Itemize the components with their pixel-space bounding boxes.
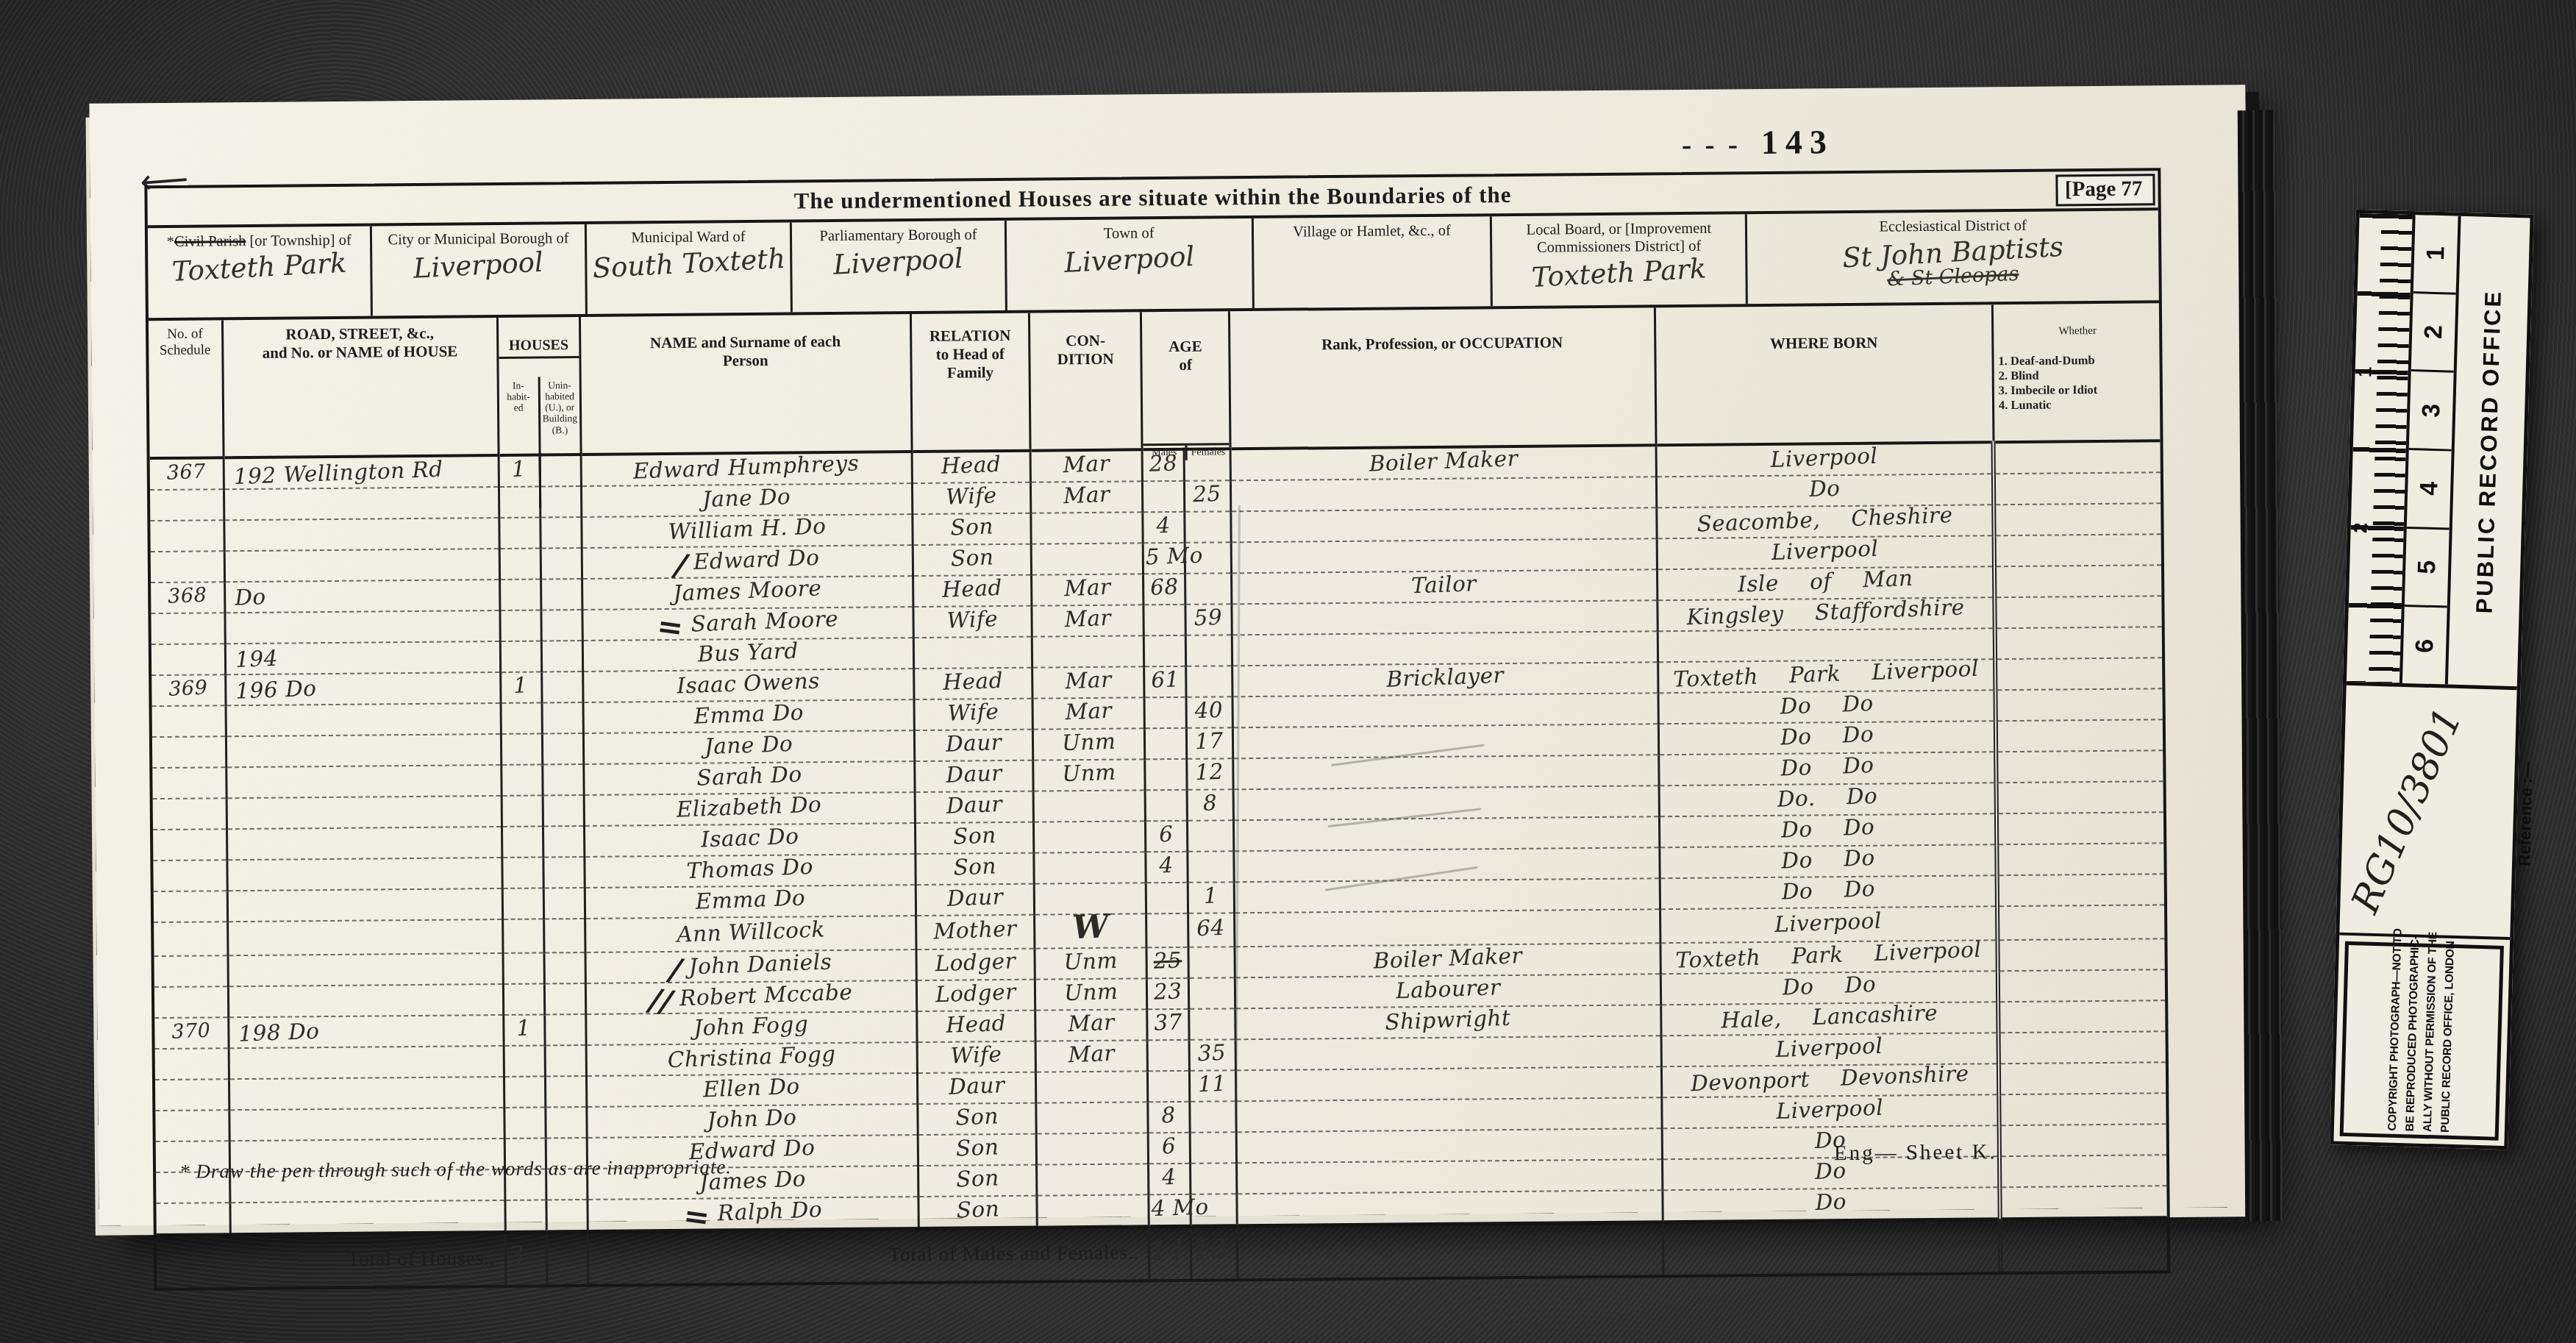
cell-inhabited <box>499 549 540 580</box>
cell-road <box>224 487 499 520</box>
cell-whether <box>1997 844 2164 876</box>
cell-age-female: 64 <box>1188 913 1235 948</box>
cell-age-male <box>1148 1071 1189 1102</box>
cell-relation: Head <box>916 1011 1035 1042</box>
cell-name: William H. Do <box>582 515 913 549</box>
cell-uninhabited <box>540 548 582 579</box>
cell-schedule <box>155 1080 229 1111</box>
cell-whether <box>1999 1155 2166 1188</box>
col-whether: Whether 1. Deaf-and-Dumb 2. Blind 3. Imb… <box>1992 303 2160 442</box>
cell-inhabited <box>499 518 540 549</box>
cell-road: 198 Do <box>228 1015 503 1048</box>
cell-age-female: 11 <box>1189 1071 1235 1102</box>
ruler-cm-number: 6 <box>2402 607 2447 684</box>
cell-occupation <box>1230 508 1657 543</box>
cell-whether <box>1997 782 2163 814</box>
cell-uninhabited <box>543 857 585 888</box>
cell-schedule: 370 <box>154 1018 229 1050</box>
cell-road: Do <box>224 580 499 613</box>
cell-age-female <box>1188 1009 1235 1041</box>
district-header-row: *Civil Parish [or Township] ofToxteth Pa… <box>148 210 2159 321</box>
census-rows: 367192 Wellington Rd1Edward HumphreysHea… <box>150 441 2167 1236</box>
district-cell: City or Municipal Borough ofLiverpool <box>370 224 585 316</box>
cell-whether <box>1995 596 2162 629</box>
col-females: Females <box>1185 445 1230 460</box>
cell-relation: Son <box>915 822 1034 854</box>
cell-condition <box>1034 852 1146 884</box>
cell-relation: Wife <box>917 1041 1036 1073</box>
cell-name: Isaac Owens <box>582 669 913 703</box>
cell-relation: Daur <box>915 791 1034 823</box>
cell-age-male <box>1146 790 1187 821</box>
cell-occupation: Labourer <box>1235 975 1661 1009</box>
cell-whether <box>1999 1032 2166 1064</box>
cell-occupation <box>1232 601 1658 635</box>
district-label: Village or Hamlet, &c., of <box>1254 221 1491 241</box>
reference-handwritten: RG10/3801 <box>2334 680 2480 941</box>
cell-age-male: 25 <box>1146 947 1188 978</box>
cell-condition <box>1034 822 1146 853</box>
cell-uninhabited <box>541 641 582 671</box>
cell-road <box>230 1200 505 1235</box>
cell-occupation <box>1233 786 1660 821</box>
district-value: Liverpool <box>1006 238 1252 282</box>
cell-age-female <box>1185 635 1232 667</box>
cell-uninhabited <box>541 610 582 641</box>
cell-road <box>226 734 501 767</box>
cell-occupation <box>1232 755 1659 790</box>
cell-born: Do <box>1663 1188 2000 1223</box>
houses-group-title: HOUSES <box>499 335 579 360</box>
cell-born: Do Do <box>1659 752 1997 786</box>
cell-name: Ellen Do <box>586 1073 917 1107</box>
cell-inhabited: 1 <box>503 1015 544 1046</box>
cell-uninhabited <box>543 919 585 952</box>
cell-age-female: 17 <box>1186 728 1232 760</box>
cell-whether <box>1996 720 2163 752</box>
cell-born: Hale, Lancashire <box>1661 1002 1999 1036</box>
cell-whether <box>1999 1094 2166 1126</box>
district-value: Toxteth Park <box>1492 251 1747 296</box>
cell-schedule: 368 <box>151 583 225 614</box>
cell-whether <box>1994 504 2161 536</box>
stamp-copyright-section: COPYRIGHT PHOTOGRAPH—NOT TOBE REPRODUCED… <box>2340 941 2504 1141</box>
cell-whether <box>1995 627 2162 660</box>
cell-road <box>227 919 502 955</box>
ruler-cm-number: 2 <box>2411 293 2456 373</box>
cell-road <box>226 703 501 736</box>
cell-born: Toxteth Park Liverpool <box>1658 660 1996 694</box>
cell-relation: Son <box>916 853 1035 885</box>
ruler-cm-number: 3 <box>2409 371 2454 451</box>
ruler-inch-number: 2 <box>2349 522 2372 533</box>
cell-occupation <box>1235 1067 1662 1102</box>
district-cell: Local Board, or [Improvement Commissione… <box>1490 214 1746 306</box>
cell-schedule <box>153 830 227 861</box>
cell-relation: Daur <box>914 760 1033 792</box>
cell-occupation <box>1233 817 1660 852</box>
district-cell: Ecclesiastical District ofSt John Baptis… <box>1745 210 2159 304</box>
cell-uninhabited <box>545 1045 586 1076</box>
form-caption: The undermentioned Houses are situate wi… <box>794 182 1512 214</box>
cell-inhabited <box>504 1046 545 1077</box>
cell-schedule: 369 <box>151 675 226 707</box>
footnote: * Draw the pen through such of the words… <box>179 1155 732 1183</box>
column-headers: No. of Schedule ROAD, STREET, &c., and N… <box>149 303 2161 458</box>
cell-schedule <box>156 1203 230 1236</box>
col-road: ROAD, STREET, &c., and No. or NAME of HO… <box>222 318 498 458</box>
cell-relation: Lodger <box>916 949 1035 980</box>
district-cell: Parliamentary Borough ofLiverpool <box>790 221 1005 313</box>
cell-whether <box>1996 658 2163 691</box>
cell-schedule <box>152 768 226 799</box>
cell-age-female <box>1190 1133 1236 1164</box>
cell-inhabited <box>501 703 542 734</box>
cell-age-female <box>1184 512 1230 544</box>
cell-age-female <box>1185 574 1231 605</box>
cell-born: Do Do <box>1660 876 1997 910</box>
cell-age-female <box>1188 947 1234 979</box>
household-separator-mark: = <box>683 1208 711 1225</box>
cell-uninhabited <box>541 671 582 702</box>
census-table: No. of Schedule ROAD, STREET, &c., and N… <box>149 303 2167 1288</box>
cell-occupation <box>1231 539 1658 574</box>
cell-uninhabited <box>540 517 581 548</box>
district-value: South Toxteth <box>586 243 791 285</box>
cell-relation: Wife <box>914 699 1033 730</box>
district-cell: *Civil Parish [or Township] ofToxteth Pa… <box>148 226 371 318</box>
cell-relation <box>913 637 1032 669</box>
col-inhabited: In- habit- ed <box>499 377 539 508</box>
cell-road <box>226 765 502 798</box>
whether-options: 1. Deaf-and-Dumb 2. Blind 3. Imbecile or… <box>1998 353 2097 413</box>
cell-age-female: 35 <box>1189 1040 1235 1072</box>
cell-schedule <box>151 644 226 676</box>
cell-whether <box>1999 1001 2166 1033</box>
cell-whether <box>1999 1063 2166 1095</box>
cell-name: Bus Yard <box>582 638 913 672</box>
cell-name: =Ralph Do <box>588 1197 918 1231</box>
cell-inhabited <box>502 827 543 858</box>
cell-condition: W <box>1035 914 1147 949</box>
cell-relation: Daur <box>917 1072 1036 1104</box>
copyright-notice: COPYRIGHT PHOTOGRAPH—NOT TOBE REPRODUCED… <box>2384 950 2460 1133</box>
cell-occupation <box>1236 1160 1663 1194</box>
cell-born: Liverpool <box>1662 1095 1999 1129</box>
census-form: The undermentioned Houses are situate wi… <box>144 168 2170 1291</box>
cell-name: /Edward Do <box>582 546 913 580</box>
col-houses-group: HOUSES In- habit- ed Unin- habited (U.),… <box>497 317 581 455</box>
cell-schedule <box>153 799 227 830</box>
cell-road: 192 Wellington Rd <box>224 455 499 489</box>
cell-road <box>227 888 502 922</box>
cell-relation: Wife <box>912 482 1031 514</box>
cell-age-male: 4 Mo <box>1149 1194 1190 1227</box>
cell-name: Edward Humphreys <box>581 452 912 487</box>
cell-schedule <box>154 987 229 1019</box>
cell-relation: Son <box>918 1103 1037 1135</box>
cell-inhabited <box>504 1077 545 1108</box>
cell-relation: Lodger <box>916 980 1035 1011</box>
cell-whether <box>1997 874 2164 907</box>
cell-condition: Mar <box>1031 482 1143 513</box>
cell-age-male: 4 <box>1149 1164 1190 1194</box>
household-separator-mark: / <box>669 962 682 978</box>
cell-uninhabited <box>544 952 585 983</box>
cell-condition: Mar <box>1030 450 1143 482</box>
cell-road <box>227 858 502 891</box>
cell-whether <box>1994 535 2161 567</box>
cell-condition: Mar <box>1035 1041 1148 1072</box>
cell-occupation <box>1235 1098 1662 1133</box>
cell-uninhabited <box>540 579 582 610</box>
cell-relation: Son <box>913 513 1032 545</box>
cell-occupation <box>1235 1036 1662 1071</box>
census-sheet: - - -143 ⟵ The undermentioned Houses are… <box>89 85 2255 1226</box>
cell-condition: Mar <box>1032 574 1144 606</box>
cell-condition: Mar <box>1032 667 1145 699</box>
cell-condition <box>1033 791 1146 822</box>
folio-dots: - - - <box>1682 127 1741 161</box>
col-age-group: AGE of Males Females <box>1141 311 1230 449</box>
ruler-inch-number: 1 <box>2353 366 2376 377</box>
cell-name: Elizabeth Do <box>584 793 915 827</box>
cell-born: Liverpool <box>1656 443 1994 477</box>
cell-born: Do Do <box>1660 845 1997 879</box>
cell-age-male: 4 <box>1146 852 1187 883</box>
district-cell: Village or Hamlet, &c., of <box>1251 216 1491 308</box>
total-females-value: 10 <box>1191 1226 1238 1279</box>
cell-road <box>226 796 502 829</box>
district-label: Local Board, or [Improvement Commissione… <box>1492 219 1745 257</box>
col-name: NAME and Surname of each Person <box>579 314 912 455</box>
cell-born: Do Do <box>1658 722 1996 755</box>
totals-occupation-blank <box>1237 1222 1663 1279</box>
cell-occupation <box>1232 724 1659 759</box>
district-value: Liverpool <box>372 244 585 287</box>
cell-whether <box>1997 751 2163 783</box>
cell-age-male: 37 <box>1147 1009 1188 1040</box>
cell-name: Ann Willcock <box>585 916 916 952</box>
total-houses-value: 3 <box>505 1232 547 1285</box>
household-separator-mark: / <box>674 557 687 574</box>
cell-uninhabited <box>543 795 584 826</box>
cell-name: Isaac Do <box>584 823 915 857</box>
cell-age-male <box>1145 759 1186 790</box>
ruler-cm-number: 4 <box>2407 450 2452 530</box>
cell-occupation: Shipwright <box>1235 1005 1661 1040</box>
cell-uninhabited <box>545 1107 586 1138</box>
cell-inhabited <box>499 580 540 610</box>
cell-name: Sarah Do <box>584 762 915 796</box>
cell-age-male <box>1145 728 1186 759</box>
cell-age-male <box>1146 913 1188 947</box>
cell-road <box>229 1046 504 1079</box>
cell-born: Do Do <box>1658 691 1996 724</box>
cell-schedule <box>155 1049 229 1080</box>
cell-relation: Head <box>913 575 1032 607</box>
cell-name: Emma Do <box>583 700 914 734</box>
cell-relation: Head <box>913 668 1032 699</box>
cell-condition <box>1031 513 1143 544</box>
cell-road: 194 <box>225 641 500 674</box>
age-group-title: AGE of <box>1143 329 1230 443</box>
cell-inhabited <box>502 796 543 827</box>
cell-age-female <box>1185 666 1232 698</box>
cell-inhabited <box>502 888 543 919</box>
total-uninhabited-value <box>546 1232 588 1285</box>
cell-inhabited <box>500 641 541 672</box>
cell-condition <box>1037 1164 1149 1196</box>
cell-inhabited <box>501 734 542 765</box>
cell-age-male: 68 <box>1143 574 1185 605</box>
cell-name: /John Daniels <box>585 950 916 983</box>
cell-age-female <box>1188 978 1235 1010</box>
cell-whether <box>1998 970 2165 1002</box>
cell-whether <box>1996 689 2163 722</box>
cell-occupation <box>1237 1191 1663 1227</box>
cell-uninhabited <box>542 702 583 733</box>
cell-name: John Fogg <box>585 1011 916 1045</box>
cell-name: =Sarah Moore <box>582 608 913 641</box>
cell-born: Do Do <box>1659 814 1997 848</box>
cell-age-female <box>1187 821 1233 852</box>
cell-whether <box>1997 905 2164 941</box>
cell-condition <box>1031 544 1143 575</box>
household-separator-mark: = <box>657 619 685 636</box>
cell-schedule <box>154 956 229 988</box>
cell-occupation <box>1236 1129 1663 1164</box>
col-condition: CON- DITION <box>1030 312 1143 451</box>
cell-schedule <box>152 706 226 738</box>
cell-age-female: 59 <box>1185 605 1231 636</box>
cell-road <box>228 984 503 1017</box>
cell-relation: Wife <box>913 606 1032 638</box>
cell-inhabited <box>503 953 544 984</box>
cell-inhabited <box>501 765 542 796</box>
cell-born: Kingsley Staffordshire <box>1658 598 1995 632</box>
sheet-label: Eng— Sheet K. <box>1834 1140 1997 1166</box>
cell-relation: Mother <box>916 915 1035 950</box>
cell-born: Toxteth Park Liverpool <box>1660 941 1998 975</box>
cell-road: 196 Do <box>225 672 500 705</box>
cell-uninhabited <box>544 983 585 1014</box>
cell-age-male <box>1146 883 1188 913</box>
cell-age-male: 6 <box>1146 821 1187 852</box>
cell-age-female: 8 <box>1187 790 1233 822</box>
cell-schedule <box>151 552 225 583</box>
cell-name: John Do <box>587 1104 918 1138</box>
cell-age-male: 4 <box>1143 512 1184 543</box>
cell-relation: Daur <box>914 730 1033 761</box>
cell-age-female: 12 <box>1186 759 1232 791</box>
cell-condition: Unm <box>1035 948 1147 980</box>
cell-age-female <box>1187 852 1233 883</box>
cell-occupation <box>1232 632 1658 666</box>
col-uninhabited: Unin- habited (U.), or Building (B.) <box>538 377 580 507</box>
cell-condition: Unm <box>1032 729 1145 760</box>
cell-name: Thomas Do <box>585 854 916 888</box>
cell-born: Liverpool <box>1657 536 1994 570</box>
cell-condition <box>1037 1195 1149 1228</box>
cell-relation: Son <box>918 1165 1037 1197</box>
cell-age-female: 40 <box>1186 697 1232 729</box>
cell-age-female: 1 <box>1188 883 1234 914</box>
cell-relation: Head <box>912 451 1031 483</box>
cell-age-female: 25 <box>1184 481 1230 513</box>
cell-inhabited <box>503 984 544 1015</box>
page-number-box: [Page 77 <box>2055 174 2155 206</box>
cell-inhabited <box>502 919 544 953</box>
cell-schedule <box>154 891 228 923</box>
cell-schedule <box>155 1111 229 1142</box>
cell-occupation: Boiler Maker <box>1230 446 1657 481</box>
cell-whether <box>1998 939 2165 972</box>
cell-schedule <box>152 737 226 769</box>
cell-age-male: 5 Mo <box>1143 543 1185 574</box>
cell-age-female <box>1189 1102 1235 1133</box>
total-males-value: 14 <box>1149 1227 1191 1280</box>
cell-age-male: 61 <box>1144 666 1185 697</box>
cell-occupation <box>1232 694 1659 728</box>
cell-inhabited: 1 <box>500 672 541 703</box>
cell-born: Devonport Devonshire <box>1661 1064 1999 1098</box>
cell-condition <box>1036 1072 1149 1103</box>
cell-condition <box>1032 636 1144 668</box>
cell-whether <box>1994 473 2161 505</box>
cell-relation: Son <box>918 1134 1037 1166</box>
stamp-ruler-section: 1 2 123456 PUBLIC RECORD OFFICE <box>2347 213 2530 690</box>
col-schedule: No. of Schedule <box>149 320 224 458</box>
cell-age-male <box>1143 481 1184 512</box>
cell-whether <box>1999 1125 2166 1157</box>
totals-whether-blank <box>2000 1218 2167 1272</box>
col-born: WHERE BORN <box>1655 304 1994 445</box>
cell-whether <box>1994 441 2161 474</box>
cell-condition: Mar <box>1032 605 1144 637</box>
cell-uninhabited <box>546 1200 588 1232</box>
cell-condition <box>1036 1102 1149 1134</box>
district-value: Liverpool <box>792 241 1005 283</box>
cell-road <box>229 1077 504 1110</box>
cell-age-female <box>1190 1164 1236 1195</box>
cell-relation: Son <box>913 544 1032 576</box>
stamp-reference-section: Reference :— RG10/3801 <box>2339 685 2516 940</box>
total-mf-label: Total of Males and Females.. <box>888 1242 1139 1266</box>
cell-whether <box>1994 566 2161 598</box>
cell-age-male: 8 <box>1148 1102 1189 1133</box>
cell-uninhabited <box>542 764 583 795</box>
cell-age-male <box>1144 697 1185 728</box>
cell-occupation: Boiler Maker <box>1235 944 1661 978</box>
cell-inhabited <box>504 1108 545 1139</box>
ruler-cm-number: 1 <box>2413 215 2458 294</box>
cell-condition: Mar <box>1035 1010 1148 1041</box>
cell-schedule: 367 <box>150 458 224 491</box>
cell-whether <box>2000 1186 2167 1219</box>
cell-road <box>225 610 500 644</box>
totals-born-blank <box>1663 1219 2001 1275</box>
cell-condition: Unm <box>1033 760 1146 791</box>
col-relation: RELATION to Head of Family <box>910 313 1030 452</box>
cell-age-male <box>1144 635 1185 666</box>
cell-schedule <box>151 613 225 645</box>
district-value: Toxteth Park <box>147 246 371 289</box>
cell-born: Seacombe, Cheshire <box>1657 505 1994 539</box>
cell-road <box>229 1108 504 1141</box>
cell-whether <box>1997 813 2163 845</box>
cell-inhabited <box>499 610 540 641</box>
